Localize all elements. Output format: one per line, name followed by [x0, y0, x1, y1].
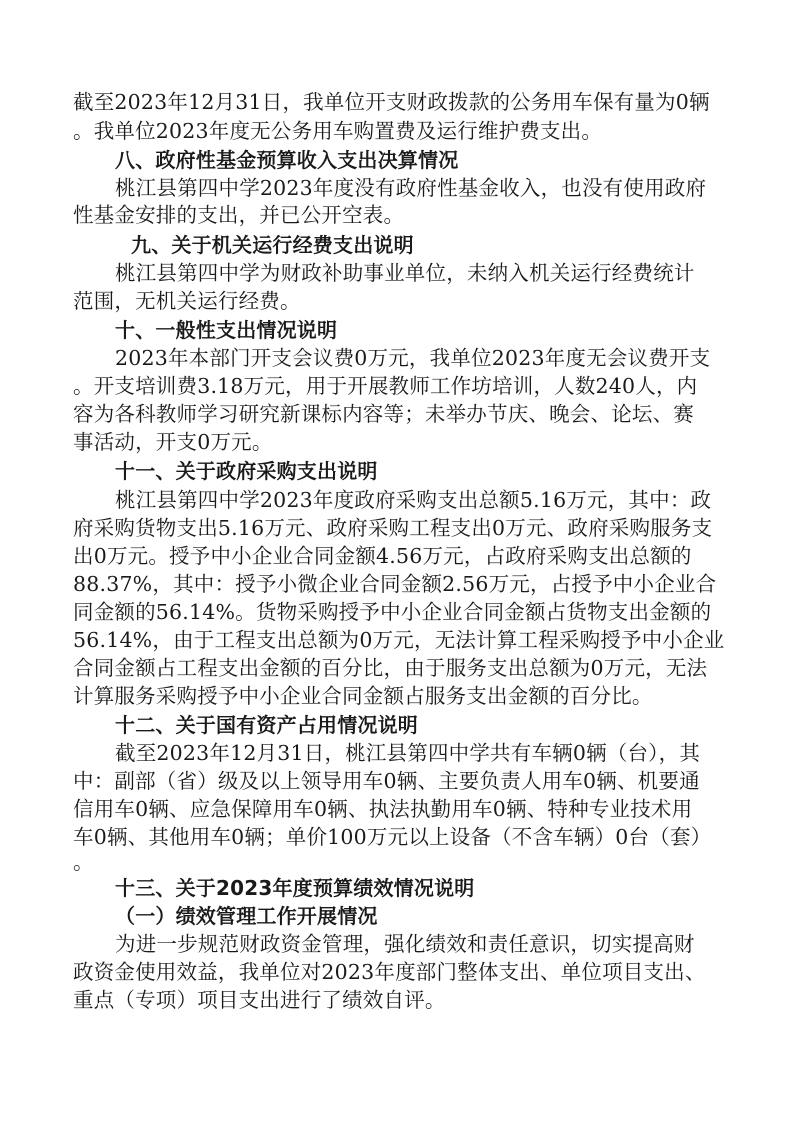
- paragraph-line: 56.14%，由于工程支出总额为0万元，无法计算工程采购授予中小企业: [73, 626, 725, 654]
- paragraph-line: 桃江县第四中学2023年度没有政府性基金收入，也没有使用政府: [115, 174, 706, 202]
- paragraph-line: 车0辆、其他用车0辆；单价100万元以上设备（不含车辆）0台（套）: [73, 823, 711, 851]
- section-heading-9: 九、关于机关运行经费支出说明: [131, 231, 414, 259]
- paragraph-line: 信用车0辆、应急保障用车0辆、执法执勤用车0辆、特种专业技术用: [73, 795, 692, 823]
- paragraph-line: 同金额的56.14%。货物采购授予中小企业合同金额占货物支出金额的: [73, 598, 711, 626]
- paragraph-line: 截至2023年12月31日，桃江县第四中学共有车辆0辆（台），其: [115, 739, 700, 767]
- paragraph-line: 2023年本部门开支会议费0万元，我单位2023年度无会议费开支: [115, 344, 710, 372]
- section-heading-10: 十、一般性支出情况说明: [115, 316, 337, 344]
- paragraph-line: 。: [73, 848, 94, 876]
- section-heading-8: 八、政府性基金预算收入支出决算情况: [115, 146, 458, 174]
- paragraph-line: 计算服务采购授予中小企业合同金额占服务支出金额的百分比。: [73, 682, 653, 710]
- section-heading-11: 十一、关于政府采购支出说明: [115, 457, 378, 485]
- section-heading-12: 十二、关于国有资产占用情况说明: [115, 711, 418, 739]
- subsection-heading-1: （一）绩效管理工作开展情况: [115, 902, 378, 930]
- paragraph-line: 截至2023年12月31日，我单位开支财政拨款的公务用车保有量为0辆: [73, 88, 710, 116]
- paragraph-line: 出0万元。授予中小企业合同金额4.56万元，占政府采购支出总额的: [73, 542, 692, 570]
- paragraph-line: 事活动，开支0万元。: [73, 428, 273, 456]
- paragraph-line: 。开支培训费3.18万元，用于开展教师工作坊培训，人数240人，内: [73, 372, 697, 400]
- paragraph-line: 府采购货物支出5.16万元、政府采购工程支出0万元、政府采购服务支: [73, 514, 712, 542]
- section-heading-13: 十三、关于2023年度预算绩效情况说明: [115, 874, 474, 902]
- paragraph-line: 性基金安排的支出，并已公开空表。: [73, 201, 404, 229]
- paragraph-line: 为进一步规范财政资金管理，强化绩效和责任意识，切实提高财: [115, 930, 695, 958]
- paragraph-line: 88.37%，其中：授予小微企业合同金额2.56万元，占授予中小企业合: [73, 570, 716, 598]
- paragraph-line: 合同金额占工程支出金额的百分比，由于服务支出总额为0万元，无法: [73, 654, 707, 682]
- paragraph-line: 容为各科教师学习研究新课标内容等；未举办节庆、晚会、论坛、赛: [73, 400, 694, 428]
- paragraph-line: 桃江县第四中学2023年度政府采购支出总额5.16万元，其中：政: [115, 486, 711, 514]
- paragraph-line: 范围，无机关运行经费。: [73, 287, 301, 315]
- paragraph-line: 桃江县第四中学为财政补助事业单位，未纳入机关运行经费统计: [115, 259, 695, 287]
- paragraph-line: 重点（专项）项目支出进行了绩效自评。: [73, 986, 446, 1014]
- paragraph-line: 。我单位2023年度无公务用车购置费及运行维护费支出。: [73, 117, 602, 145]
- document-page: 截至2023年12月31日，我单位开支财政拨款的公务用车保有量为0辆 。我单位2…: [0, 0, 793, 1122]
- paragraph-line: 中：副部（省）级及以上领导用车0辆、主要负责人用车0辆、机要通: [73, 767, 700, 795]
- paragraph-line: 政资金使用效益，我单位对2023年度部门整体支出、单位项目支出、: [73, 958, 706, 986]
